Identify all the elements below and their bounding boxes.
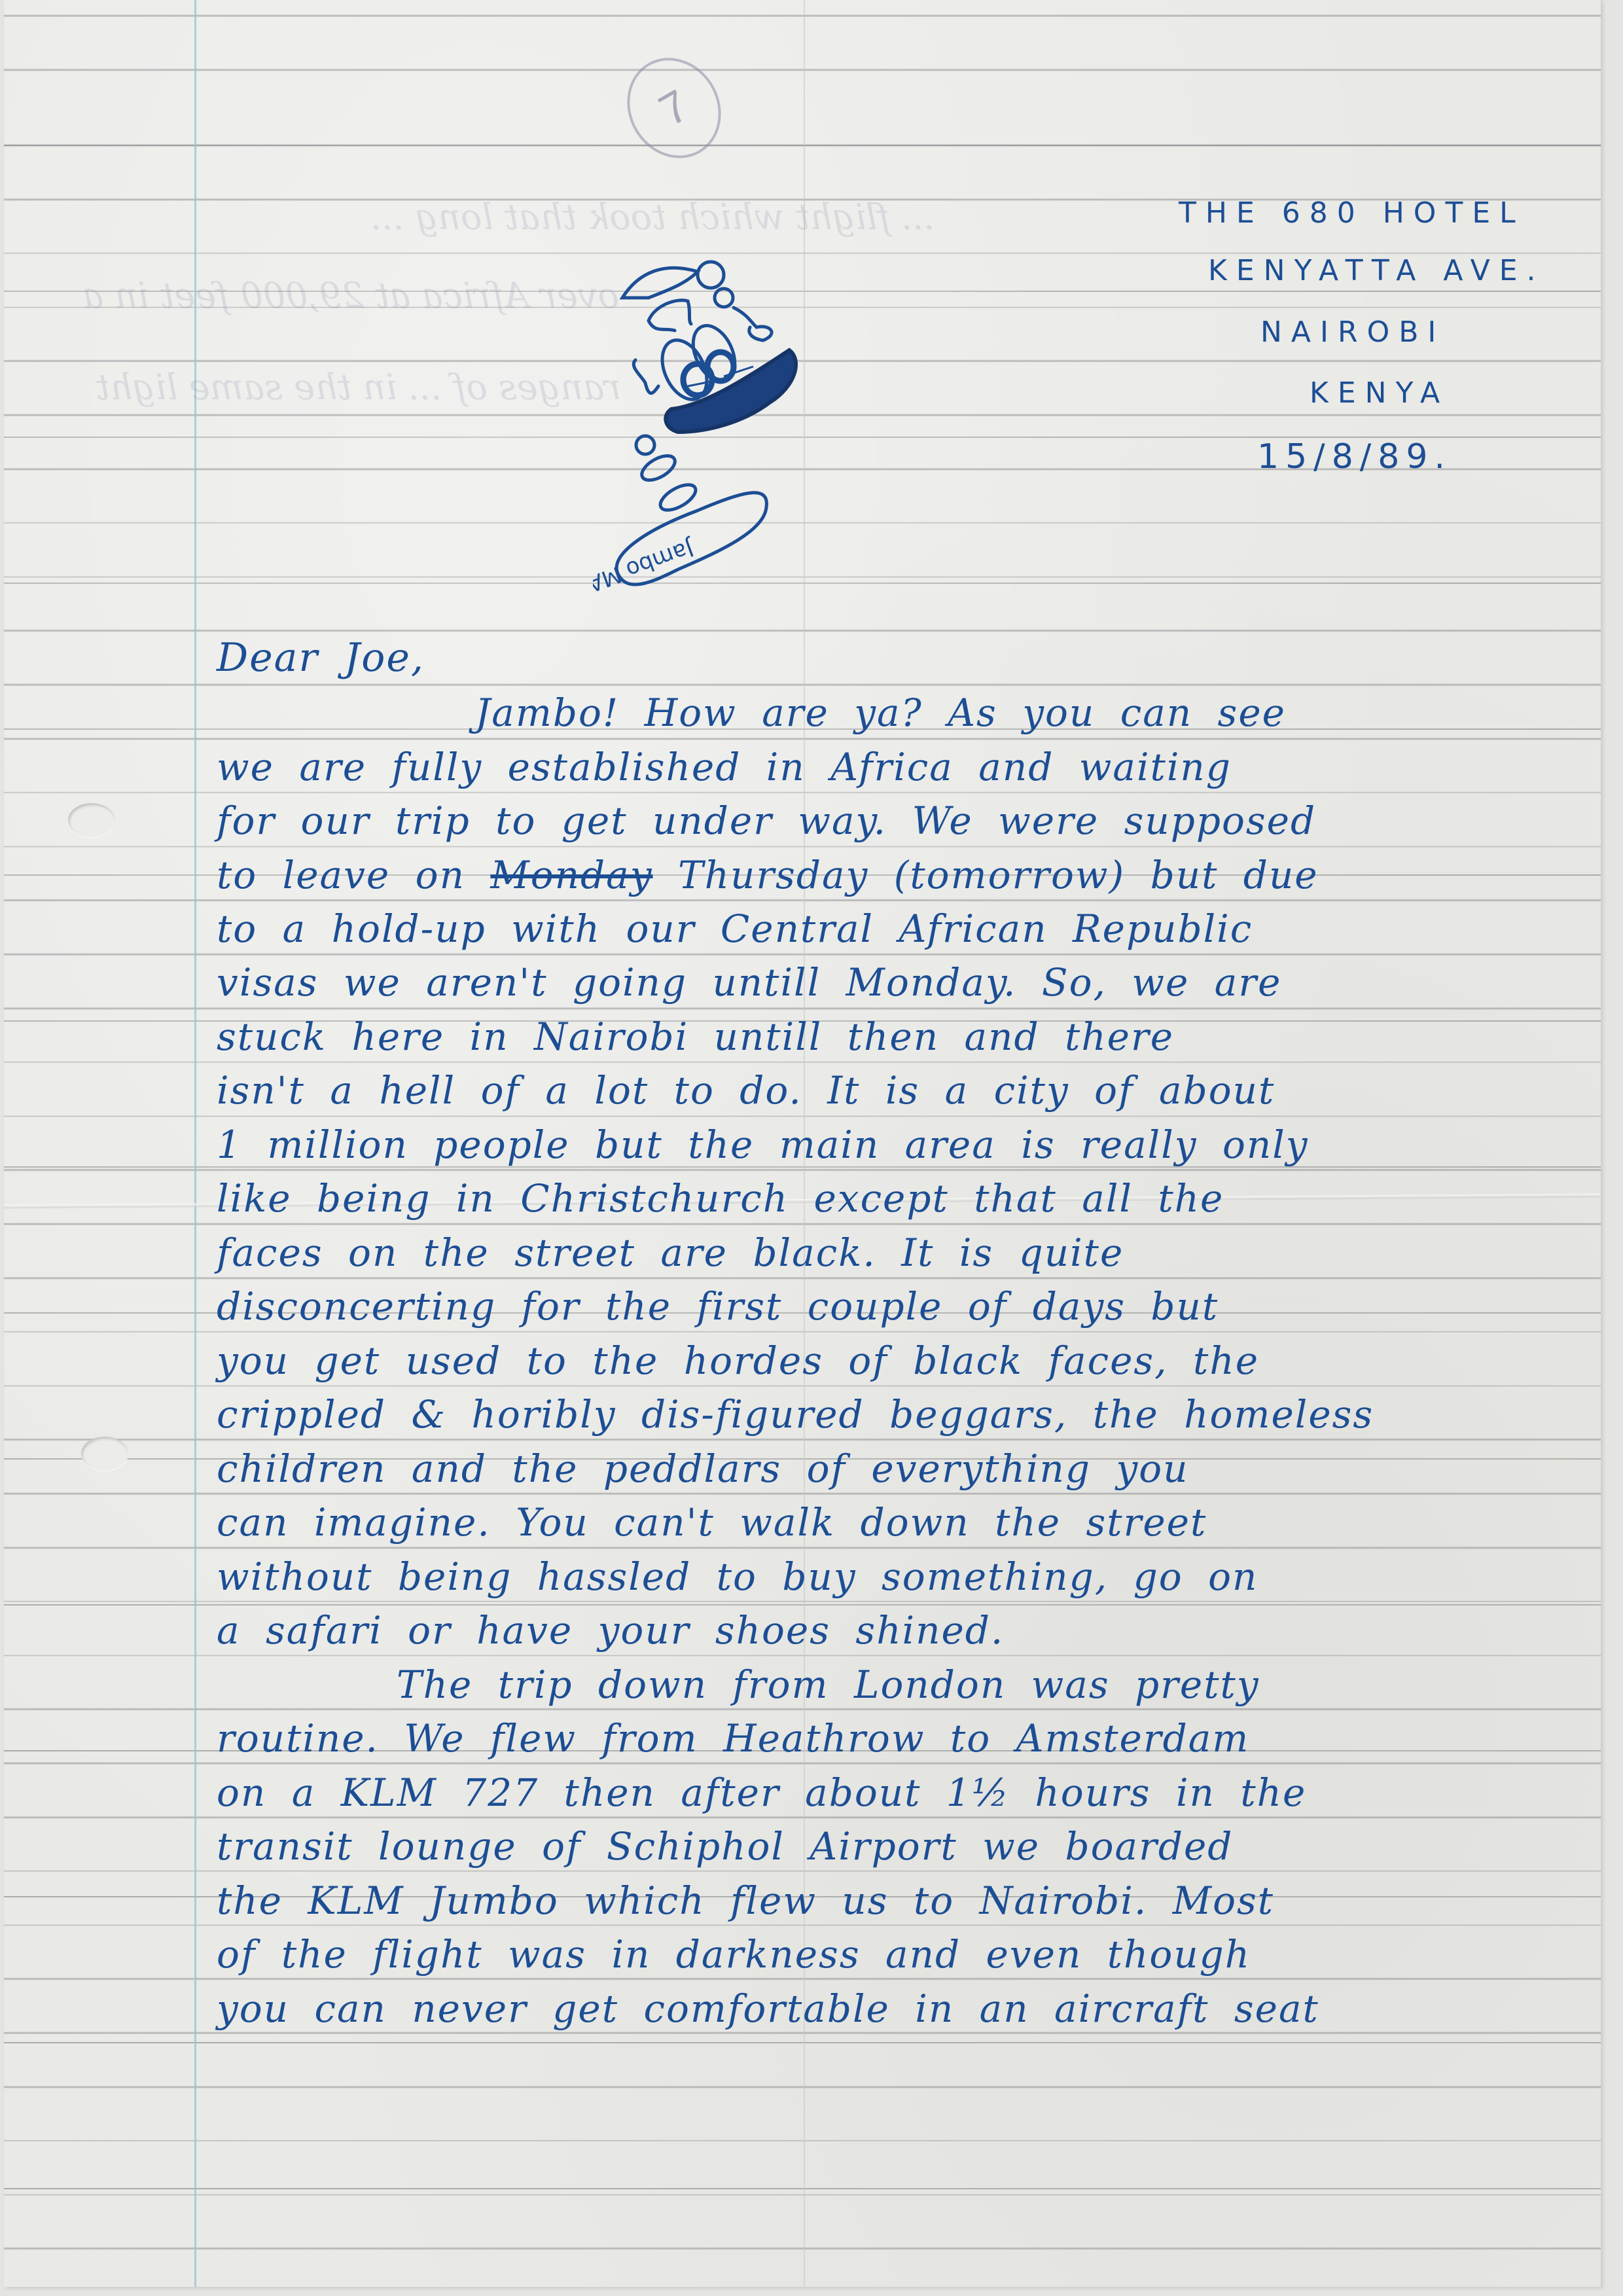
- crossed-out-word: Monday: [490, 853, 652, 897]
- page-number-text: 7: [651, 80, 698, 136]
- body-line: disconcerting for the first couple of da…: [217, 1287, 1219, 1325]
- body-text: to leave on: [217, 853, 465, 897]
- letter-page: ... flight which took that long ... over…: [4, 0, 1601, 2287]
- body-line: isn't a hell of a lot to do. It is a cit…: [217, 1071, 1275, 1109]
- speech-bubble-text: Jambo MAN!: [593, 534, 698, 606]
- body-line: we are fully established in Africa and w…: [217, 748, 1232, 786]
- address-street: KENYATTA AVE.: [1208, 254, 1545, 287]
- body-line: like being in Christchurch except that a…: [217, 1179, 1224, 1217]
- body-text: Thursday (tomorrow) but due: [678, 853, 1319, 897]
- body-line: of the flight was in darkness and even t…: [217, 1935, 1251, 1973]
- body-line: stuck here in Nairobi untill then and th…: [217, 1018, 1174, 1056]
- page-number-circled: 7: [609, 41, 740, 175]
- margin-line: [194, 0, 196, 2287]
- punch-hole-top: [68, 803, 115, 837]
- body-line: can imagine. You can't walk down the str…: [217, 1503, 1207, 1541]
- show-through-text: ranges of ... in the same light: [96, 367, 621, 408]
- body-line: children and the peddlars of everything …: [217, 1450, 1189, 1488]
- show-through-text: ... flight which took that long ...: [370, 196, 935, 238]
- body-line: 1 million people but the main area is re…: [217, 1126, 1309, 1164]
- salutation: Dear Joe,: [217, 638, 425, 677]
- address-hotel: THE 680 HOTEL: [1179, 196, 1525, 230]
- letter-date: 15/8/89.: [1257, 437, 1452, 476]
- body-line: visas we aren't going untill Monday. So,…: [217, 963, 1281, 1001]
- body-line: the KLM Jumbo which flew us to Nairobi. …: [217, 1882, 1274, 1920]
- body-line: to a hold-up with our Central African Re…: [217, 910, 1253, 948]
- body-line: you can never get comfortable in an airc…: [217, 1990, 1319, 2028]
- body-line: a safari or have your shoes shined.: [217, 1611, 1004, 1649]
- body-line: routine. We flew from Heathrow to Amster…: [217, 1719, 1249, 1757]
- body-line: on a KLM 727 then after about 1½ hours i…: [217, 1774, 1306, 1812]
- body-line: for our trip to get under way. We were s…: [217, 802, 1316, 840]
- show-through-text: over Africa at 29,000 feet in a: [82, 275, 619, 316]
- punch-hole-bottom: [81, 1437, 128, 1471]
- cartoon-face-doodle: Jambo MAN!: [593, 236, 842, 615]
- body-line-paragraph-start: The trip down from London was pretty: [397, 1666, 1260, 1704]
- body-line: Jambo! How are ya? As you can see: [475, 694, 1286, 732]
- body-line: you get used to the hordes of black face…: [217, 1342, 1259, 1380]
- address-country: KENYA: [1310, 376, 1449, 410]
- body-line: crippled & horibly dis-figured beggars, …: [217, 1395, 1374, 1433]
- body-line: transit lounge of Schiphol Airport we bo…: [217, 1827, 1233, 1865]
- body-line: faces on the street are black. It is qui…: [217, 1234, 1124, 1272]
- body-line: without being hassled to buy something, …: [217, 1558, 1258, 1596]
- address-city: NAIROBI: [1260, 315, 1445, 349]
- body-line: to leave on Monday Thursday (tomorrow) b…: [217, 856, 1319, 894]
